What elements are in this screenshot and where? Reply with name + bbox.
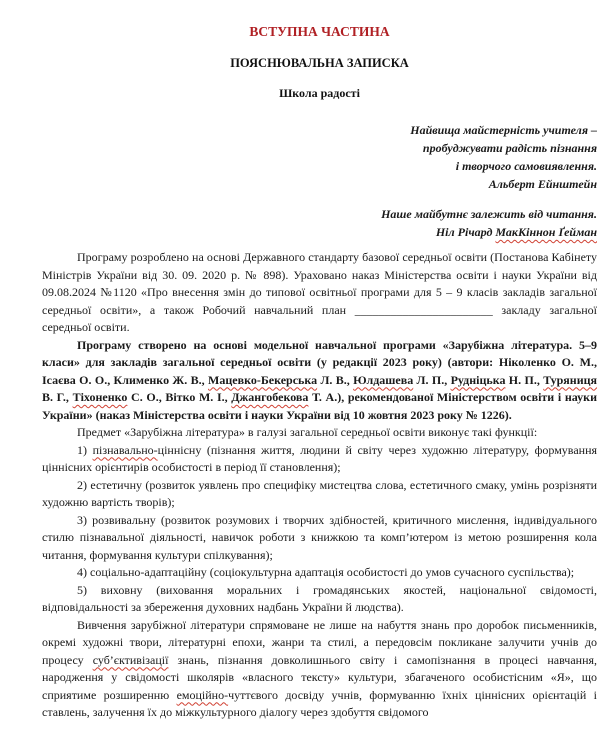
text-run: Предмет «Зарубіжна література» в галузі … xyxy=(77,425,537,439)
text-run: С. О., Вітко М. І., xyxy=(127,390,231,404)
paragraph: 1) пізнавально-ціннісну (пізнання життя,… xyxy=(42,442,597,477)
fill-in-blank: _______________________ xyxy=(355,303,493,317)
document-subtitle: ПОЯСНЮВАЛЬНА ЗАПИСКА xyxy=(42,55,597,71)
text-run: 3) розвивальну (розвиток розумових і тво… xyxy=(42,513,597,562)
text-run: Найвища майстерність учителя – xyxy=(410,123,597,137)
text-run: пробуджувати радість пізнання xyxy=(423,141,597,155)
misspelled-word: Мацевко-Бекерська xyxy=(208,373,317,387)
text-run: і творчого самовиявлення. xyxy=(456,159,597,173)
text-run: Наше майбутнє залежить від читання. xyxy=(381,207,597,221)
epigraph-line: Наше майбутнє залежить від читання. xyxy=(42,205,597,223)
epigraph-line: Ніл Річард МакКіннон Ґейман xyxy=(42,223,597,241)
misspelled-word: Рудніцька xyxy=(451,373,506,387)
section-heading: Школа радості xyxy=(42,86,597,101)
epigraph-line: пробуджувати радість пізнання xyxy=(42,139,597,157)
misspelled-word: Джангобекова xyxy=(231,390,308,404)
epigraph-line: і творчого самовиявлення. xyxy=(42,157,597,175)
text-run: Л. В., xyxy=(317,373,353,387)
epigraph: Найвища майстерність учителя –пробуджува… xyxy=(42,121,597,193)
paragraph: Предмет «Зарубіжна література» в галузі … xyxy=(42,424,597,442)
text-run: Н. П., xyxy=(505,373,543,387)
misspelled-word: емоційно- xyxy=(177,688,229,702)
text-run: В. Г., xyxy=(42,390,73,404)
paragraph: Програму розроблено на основі Державного… xyxy=(42,249,597,337)
text-run: 2) естетичну (розвиток уявлень про специ… xyxy=(42,478,597,510)
text-run: 5) виховну (виховання моральних і громад… xyxy=(42,583,597,615)
epigraph-line: Найвища майстерність учителя – xyxy=(42,121,597,139)
misspelled-word: суб’єктивізації xyxy=(93,653,169,667)
document-page[interactable]: ВСТУПНА ЧАСТИНА ПОЯСНЮВАЛЬНА ЗАПИСКА Шко… xyxy=(0,0,607,730)
text-run: 1) xyxy=(77,443,93,457)
document-title: ВСТУПНА ЧАСТИНА xyxy=(42,24,597,40)
text-run: Ніл Річард xyxy=(436,225,496,239)
misspelled-word: пізнавально- xyxy=(93,443,158,457)
text-run: Л. П., xyxy=(413,373,450,387)
epigraph: Наше майбутнє залежить від читання.Ніл Р… xyxy=(42,205,597,241)
paragraph: 2) естетичну (розвиток уявлень про специ… xyxy=(42,477,597,512)
body-text: Програму розроблено на основі Державного… xyxy=(42,249,597,722)
misspelled-word: МакКіннон Ґейман xyxy=(495,225,597,239)
epigraph-line: Альберт Ейнштейн xyxy=(42,175,597,193)
paragraph: Програму створено на основі модельної на… xyxy=(42,337,597,425)
misspelled-word: Юлдашева xyxy=(353,373,413,387)
paragraph: 3) розвивальну (розвиток розумових і тво… xyxy=(42,512,597,565)
misspelled-word: Тіхоненко xyxy=(73,390,128,404)
paragraph: 4) соціально-адаптаційну (соціокультурна… xyxy=(42,564,597,582)
text-run: 4) соціально-адаптаційну (соціокультурна… xyxy=(77,565,574,579)
paragraph: 5) виховну (виховання моральних і громад… xyxy=(42,582,597,617)
epigraph-block: Найвища майстерність учителя –пробуджува… xyxy=(42,121,597,241)
paragraph: Вивчення зарубіжної літератури спрямован… xyxy=(42,617,597,722)
misspelled-word: Туряниця xyxy=(543,373,597,387)
text-run: Альберт Ейнштейн xyxy=(489,177,597,191)
